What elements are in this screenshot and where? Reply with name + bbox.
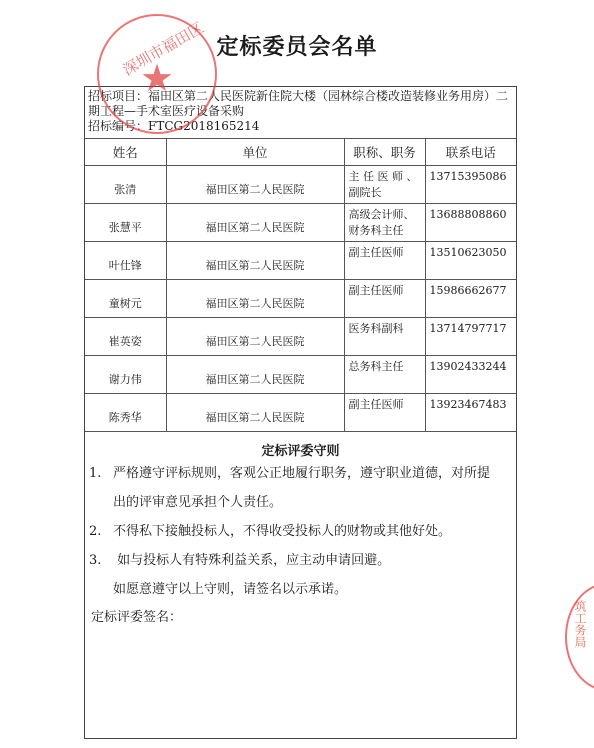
member-name: 陈秀华 bbox=[85, 394, 166, 432]
rule-text: 严格遵守评标规则，客观公正地履行职务，遵守职业道德，对所提 bbox=[113, 466, 490, 481]
rule-item: 2.不得私下接触投标人，不得收受投标人的财物或其他好处。 bbox=[85, 517, 516, 546]
table-row: 童树元 福田区第二人民医院 副主任医师 15986662677 bbox=[85, 280, 516, 318]
member-name: 叶仕锋 bbox=[85, 242, 166, 280]
member-name: 张清 bbox=[85, 166, 166, 204]
member-phone: 13923467483 bbox=[425, 394, 516, 432]
member-phone: 13715395086 bbox=[425, 166, 516, 204]
member-name: 谢力伟 bbox=[85, 356, 166, 394]
rule-continuation: 出的评审意见承担个人责任。 bbox=[85, 488, 516, 517]
committee-table: 姓名 单位 职称、职务 联系电话 张清 福田区第二人民医院 主 任 医 师 、副… bbox=[85, 138, 516, 432]
rule-text: 不得私下接触投标人，不得收受投标人的财物或其他好处。 bbox=[113, 524, 451, 539]
rule-item: 1.严格遵守评标规则，客观公正地履行职务，遵守职业道德，对所提 bbox=[85, 459, 516, 488]
header-phone: 联系电话 bbox=[425, 139, 516, 166]
partial-seal-text: 筑工务局 bbox=[572, 600, 589, 648]
header-role: 职称、职务 bbox=[344, 139, 425, 166]
member-unit: 福田区第二人民医院 bbox=[166, 280, 344, 318]
member-role: 总务科主任 bbox=[344, 356, 425, 394]
rule-number: 3. bbox=[89, 546, 113, 575]
rule-number: 1. bbox=[89, 459, 113, 488]
member-role: 医务科副科 bbox=[344, 318, 425, 356]
rule-number: 2. bbox=[89, 517, 113, 546]
table-header: 姓名 单位 职称、职务 联系电话 bbox=[85, 139, 516, 166]
member-unit: 福田区第二人民医院 bbox=[166, 318, 344, 356]
member-phone: 13714797717 bbox=[425, 318, 516, 356]
member-phone: 13510623050 bbox=[425, 242, 516, 280]
member-unit: 福田区第二人民医院 bbox=[166, 356, 344, 394]
member-name: 童树元 bbox=[85, 280, 166, 318]
member-role: 副主任医师 bbox=[344, 280, 425, 318]
member-unit: 福田区第二人民医院 bbox=[166, 204, 344, 242]
table-row: 张慧平 福田区第二人民医院 高级会计师、财务科主任 13688808860 bbox=[85, 204, 516, 242]
rule-text: 如与投标人有特殊利益关系，应主动申请回避。 bbox=[113, 553, 390, 568]
table-row: 张清 福田区第二人民医院 主 任 医 师 、副院长 13715395086 bbox=[85, 166, 516, 204]
signature-label: 定标评委签名： bbox=[85, 606, 516, 625]
member-name: 崔英姿 bbox=[85, 318, 166, 356]
table-row: 谢力伟 福田区第二人民医院 总务科主任 13902433244 bbox=[85, 356, 516, 394]
member-role: 高级会计师、财务科主任 bbox=[344, 204, 425, 242]
member-unit: 福田区第二人民医院 bbox=[166, 242, 344, 280]
table-row: 陈秀华 福田区第二人民医院 副主任医师 13923467483 bbox=[85, 394, 516, 432]
member-phone: 15986662677 bbox=[425, 280, 516, 318]
rules-title: 定标评委守则 bbox=[85, 440, 516, 459]
document-frame: 招标项目：福田区第二人民医院新住院大楼（园林综合楼改造装修业务用房）二期工程—手… bbox=[84, 86, 517, 739]
member-phone: 13902433244 bbox=[425, 356, 516, 394]
rule-item: 3. 如与投标人有特殊利益关系，应主动申请回避。 bbox=[85, 546, 516, 575]
table-row: 叶仕锋 福田区第二人民医院 副主任医师 13510623050 bbox=[85, 242, 516, 280]
member-role: 副主任医师 bbox=[344, 242, 425, 280]
member-phone: 13688808860 bbox=[425, 204, 516, 242]
document-title: 定标委员会名单 bbox=[0, 30, 594, 61]
pledge-text: 如愿意遵守以上守则，请签名以示承诺。 bbox=[85, 575, 516, 604]
header-name: 姓名 bbox=[85, 139, 166, 166]
member-name: 张慧平 bbox=[85, 204, 166, 242]
member-role: 主 任 医 师 、副院长 bbox=[344, 166, 425, 204]
header-unit: 单位 bbox=[166, 139, 344, 166]
member-unit: 福田区第二人民医院 bbox=[166, 166, 344, 204]
table-row: 崔英姿 福田区第二人民医院 医务科副科 13714797717 bbox=[85, 318, 516, 356]
member-unit: 福田区第二人民医院 bbox=[166, 394, 344, 432]
member-role: 副主任医师 bbox=[344, 394, 425, 432]
